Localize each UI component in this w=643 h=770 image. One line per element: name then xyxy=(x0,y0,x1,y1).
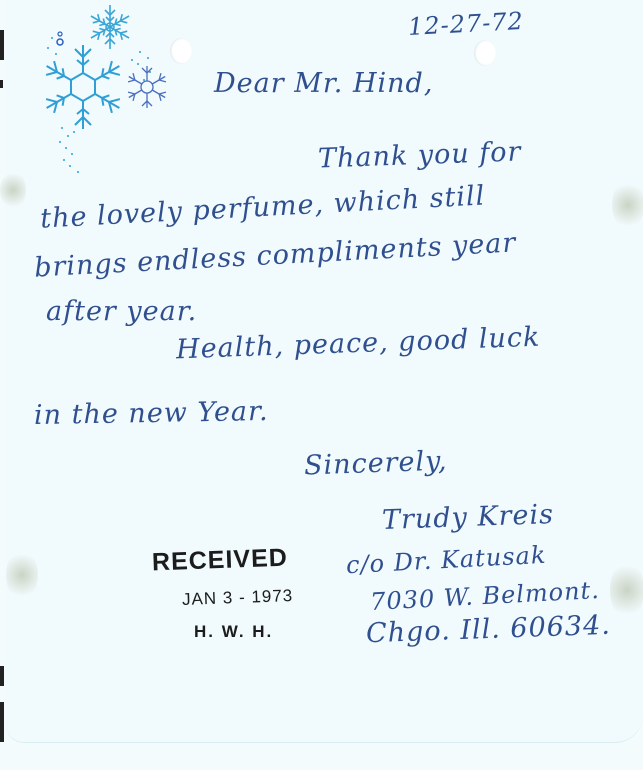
paper-stain xyxy=(0,170,26,210)
edge-mark xyxy=(0,702,4,742)
snow-dots-icon xyxy=(40,20,180,180)
paper-stain xyxy=(6,550,38,600)
edge-mark xyxy=(0,80,3,88)
edge-mark xyxy=(0,30,4,60)
paper-stain xyxy=(610,560,643,620)
paper-stain xyxy=(612,180,643,230)
received-stamp-title: RECEIVED xyxy=(152,544,289,578)
received-stamp-initials: H. W. H. xyxy=(194,622,273,642)
edge-mark xyxy=(0,666,4,686)
closing: Sincerely, xyxy=(304,446,448,482)
received-stamp-date: JAN 3 - 1973 xyxy=(182,586,294,610)
body-line: after year. xyxy=(46,296,197,327)
signature: Trudy Kreis xyxy=(382,499,555,536)
scanned-page: 12-27-72 Dear Mr. Hind, Thank you for th… xyxy=(0,0,643,770)
body-line: in the new Year. xyxy=(34,396,269,431)
salutation: Dear Mr. Hind, xyxy=(214,68,433,99)
punch-hole-icon xyxy=(474,40,496,66)
